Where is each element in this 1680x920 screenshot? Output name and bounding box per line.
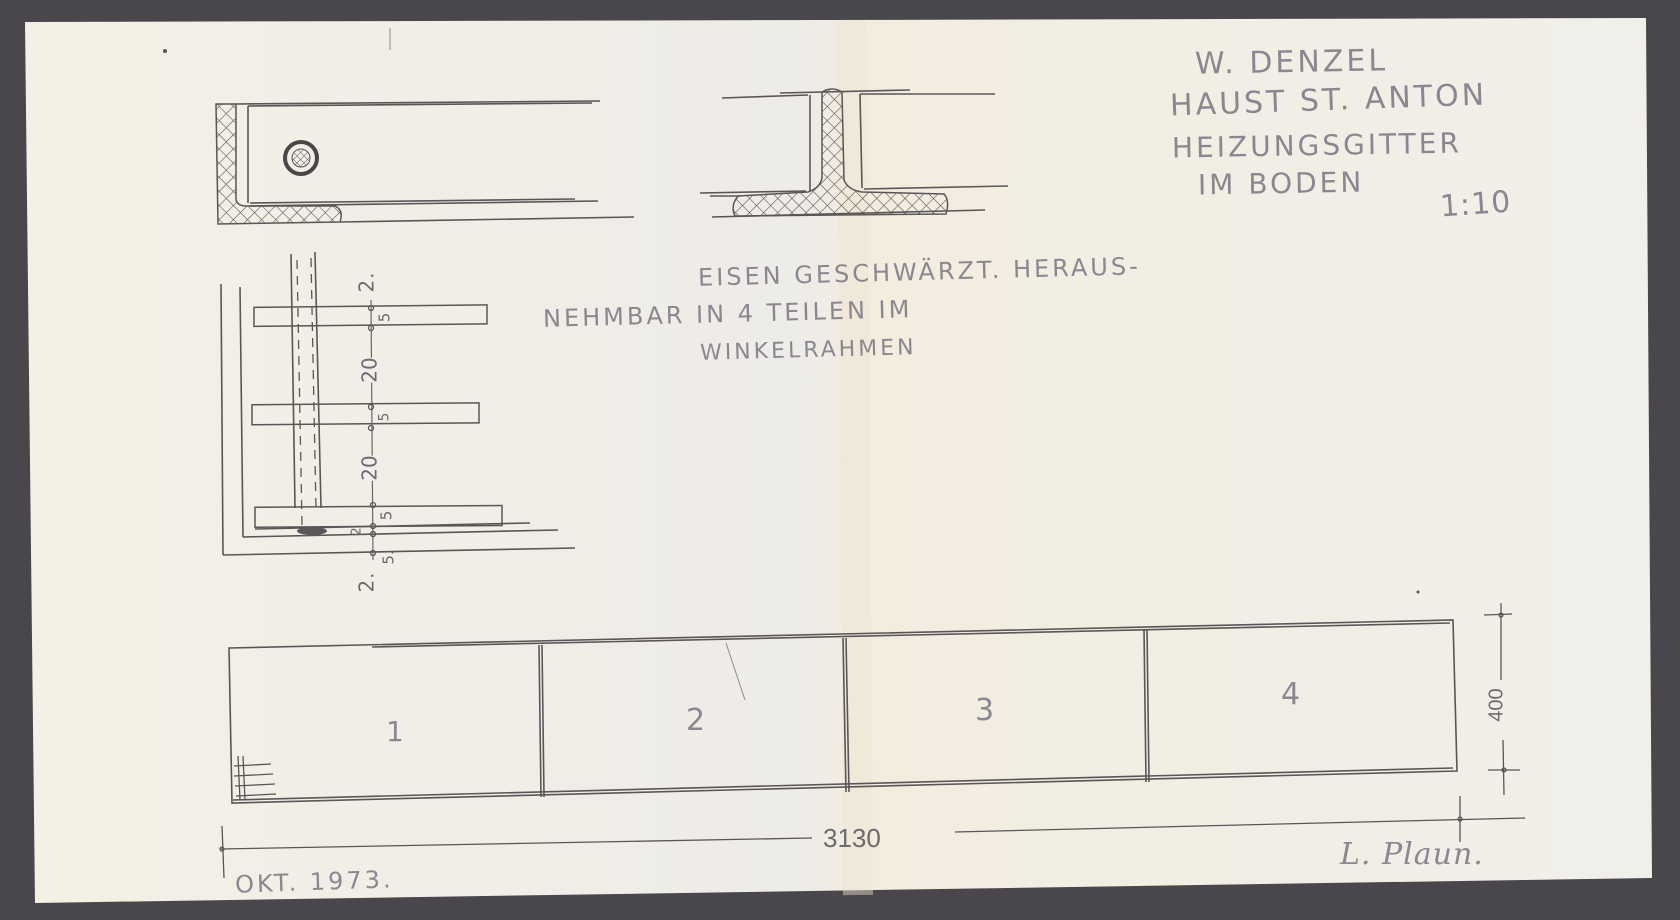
drawing-scale: 1:10: [1439, 188, 1512, 223]
title-location: IM BODEN: [1198, 169, 1365, 200]
panel-label-4: 4: [1281, 680, 1303, 710]
dim-label: 5: [379, 511, 394, 521]
dim-label: 5.: [382, 550, 397, 564]
dim-label: 20: [360, 357, 380, 382]
drawing-date: OKT. 1973.: [235, 867, 394, 897]
panel-label-3: 3: [975, 696, 997, 726]
dim-label: 2.: [357, 571, 377, 592]
dim-label: 20: [360, 455, 380, 480]
panel-label-1: 1: [386, 718, 407, 746]
dim-label: 5: [377, 313, 392, 323]
dim-label: 5: [377, 413, 391, 422]
title-subject: HEIZUNGSGITTER: [1172, 129, 1462, 162]
panel-label-2: 2: [686, 706, 708, 736]
length-dimension-label: 3130: [823, 825, 881, 851]
designer-signature: L. Plaun.: [1340, 840, 1484, 870]
dim-label: 2.: [357, 271, 377, 292]
title-client: W. DENZEL: [1195, 46, 1389, 79]
dim-label: 2: [351, 527, 364, 535]
height-dimension-label: 400: [1487, 688, 1507, 721]
note-line-3: WINKELRAHMEN: [700, 337, 917, 365]
